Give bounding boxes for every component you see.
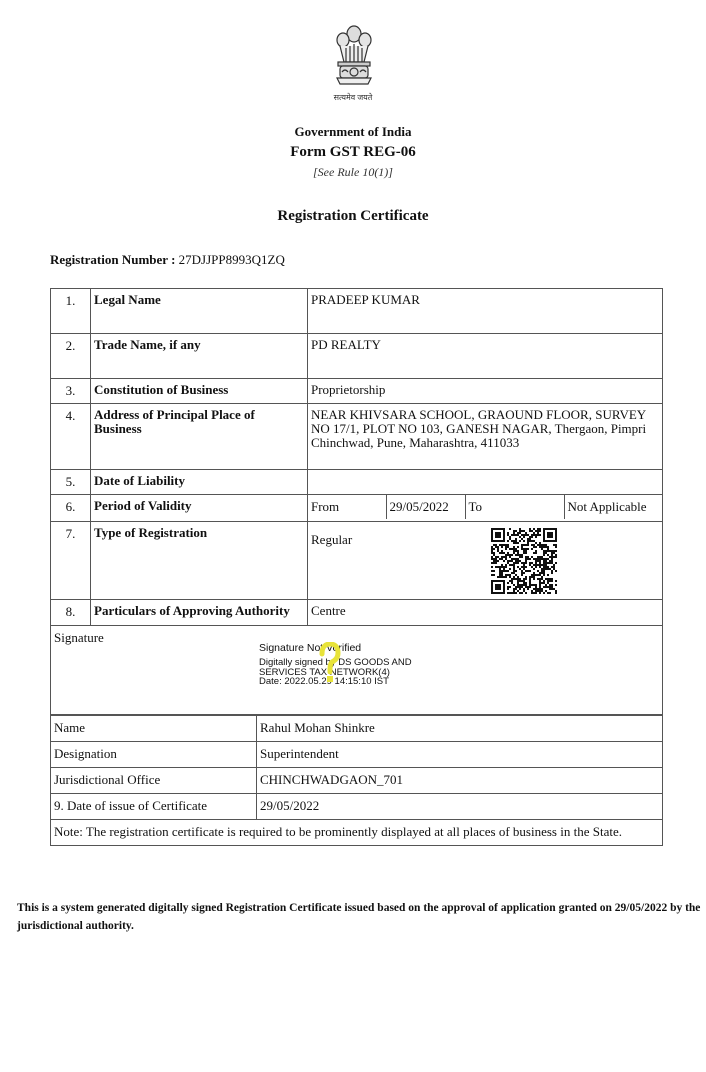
jurisdictional-office-label: Jurisdictional Office bbox=[51, 768, 257, 794]
legal-name-value: PRADEEP KUMAR bbox=[308, 289, 663, 334]
approver-name-label: Name bbox=[51, 716, 257, 742]
approver-name-value: Rahul Mohan Shinkre bbox=[257, 716, 663, 742]
table-row: 8. Particulars of Approving Authority Ce… bbox=[51, 600, 663, 626]
rule-reference: [See Rule 10(1)] bbox=[0, 165, 706, 180]
registration-details-table: 1. Legal Name PRADEEP KUMAR 2. Trade Nam… bbox=[50, 288, 663, 626]
table-row: Name Rahul Mohan Shinkre bbox=[51, 716, 663, 742]
row-number: 5. bbox=[51, 470, 91, 495]
registration-type-label: Type of Registration bbox=[91, 522, 308, 600]
row-number: 8. bbox=[51, 600, 91, 626]
validity-label: Period of Validity bbox=[91, 495, 308, 522]
table-row: 3. Constitution of Business Proprietorsh… bbox=[51, 379, 663, 404]
address-value: NEAR KHIVSARA SCHOOL, GRAOUND FLOOR, SUR… bbox=[308, 404, 663, 470]
table-row: 9. Date of issue of Certificate 29/05/20… bbox=[51, 794, 663, 820]
validity-from-value: 29/05/2022 bbox=[386, 495, 465, 519]
row-number: 2. bbox=[51, 334, 91, 379]
designation-label: Designation bbox=[51, 742, 257, 768]
table-row: 2. Trade Name, if any PD REALTY bbox=[51, 334, 663, 379]
date-of-liability-label: Date of Liability bbox=[91, 470, 308, 495]
issue-date-label: 9. Date of issue of Certificate bbox=[51, 794, 257, 820]
signature-block: Signature Signature Not Verified Digital… bbox=[50, 625, 663, 715]
table-row: Note: The registration certificate is re… bbox=[51, 820, 663, 846]
validity-to-label: To bbox=[465, 495, 564, 519]
issue-date-value: 29/05/2022 bbox=[257, 794, 663, 820]
row-number: 7. bbox=[51, 522, 91, 600]
row-number: 3. bbox=[51, 379, 91, 404]
emblem-motto: सत्यमेव जयते bbox=[0, 92, 706, 103]
row-number: 1. bbox=[51, 289, 91, 334]
approver-table: Name Rahul Mohan Shinkre Designation Sup… bbox=[50, 715, 663, 846]
table-row: Designation Superintendent bbox=[51, 742, 663, 768]
constitution-value: Proprietorship bbox=[308, 379, 663, 404]
registration-type-value: Regular bbox=[308, 522, 663, 600]
footer-statement: This is a system generated digitally sig… bbox=[17, 899, 702, 935]
row-number: 6. bbox=[51, 495, 91, 522]
certificate-title: Registration Certificate bbox=[0, 208, 706, 225]
trade-name-value: PD REALTY bbox=[308, 334, 663, 379]
jurisdictional-office-value: CHINCHWADGAON_701 bbox=[257, 768, 663, 794]
validity-from-label: From bbox=[308, 495, 386, 519]
table-row: 7. Type of Registration Regular bbox=[51, 522, 663, 600]
trade-name-label: Trade Name, if any bbox=[91, 334, 308, 379]
approving-authority-value: Centre bbox=[308, 600, 663, 626]
date-of-liability-value bbox=[308, 470, 663, 495]
registration-number-label: Registration Number : bbox=[50, 252, 175, 267]
display-note: Note: The registration certificate is re… bbox=[51, 820, 663, 846]
designation-value: Superintendent bbox=[257, 742, 663, 768]
constitution-label: Constitution of Business bbox=[91, 379, 308, 404]
form-title: Form GST REG-06 bbox=[0, 144, 706, 161]
table-row: 6. Period of Validity From 29/05/2022 To… bbox=[51, 495, 663, 522]
row-number: 4. bbox=[51, 404, 91, 470]
qr-code-icon bbox=[491, 528, 557, 594]
table-row: 4. Address of Principal Place of Busines… bbox=[51, 404, 663, 470]
registration-number: Registration Number : 27DJJPP8993Q1ZQ bbox=[50, 252, 285, 268]
government-heading: Government of India bbox=[0, 124, 706, 140]
table-row: 5. Date of Liability bbox=[51, 470, 663, 495]
registration-number-value: 27DJJPP8993Q1ZQ bbox=[179, 252, 285, 267]
question-mark-icon bbox=[319, 642, 341, 686]
legal-name-label: Legal Name bbox=[91, 289, 308, 334]
address-label: Address of Principal Place of Business bbox=[91, 404, 308, 470]
table-row: Jurisdictional Office CHINCHWADGAON_701 bbox=[51, 768, 663, 794]
validity-cell: From 29/05/2022 To Not Applicable bbox=[308, 495, 663, 522]
approving-authority-label: Particulars of Approving Authority bbox=[91, 600, 308, 626]
national-emblem-icon bbox=[330, 22, 378, 92]
signature-label: Signature bbox=[54, 630, 104, 646]
validity-to-value: Not Applicable bbox=[564, 495, 662, 519]
table-row: 1. Legal Name PRADEEP KUMAR bbox=[51, 289, 663, 334]
